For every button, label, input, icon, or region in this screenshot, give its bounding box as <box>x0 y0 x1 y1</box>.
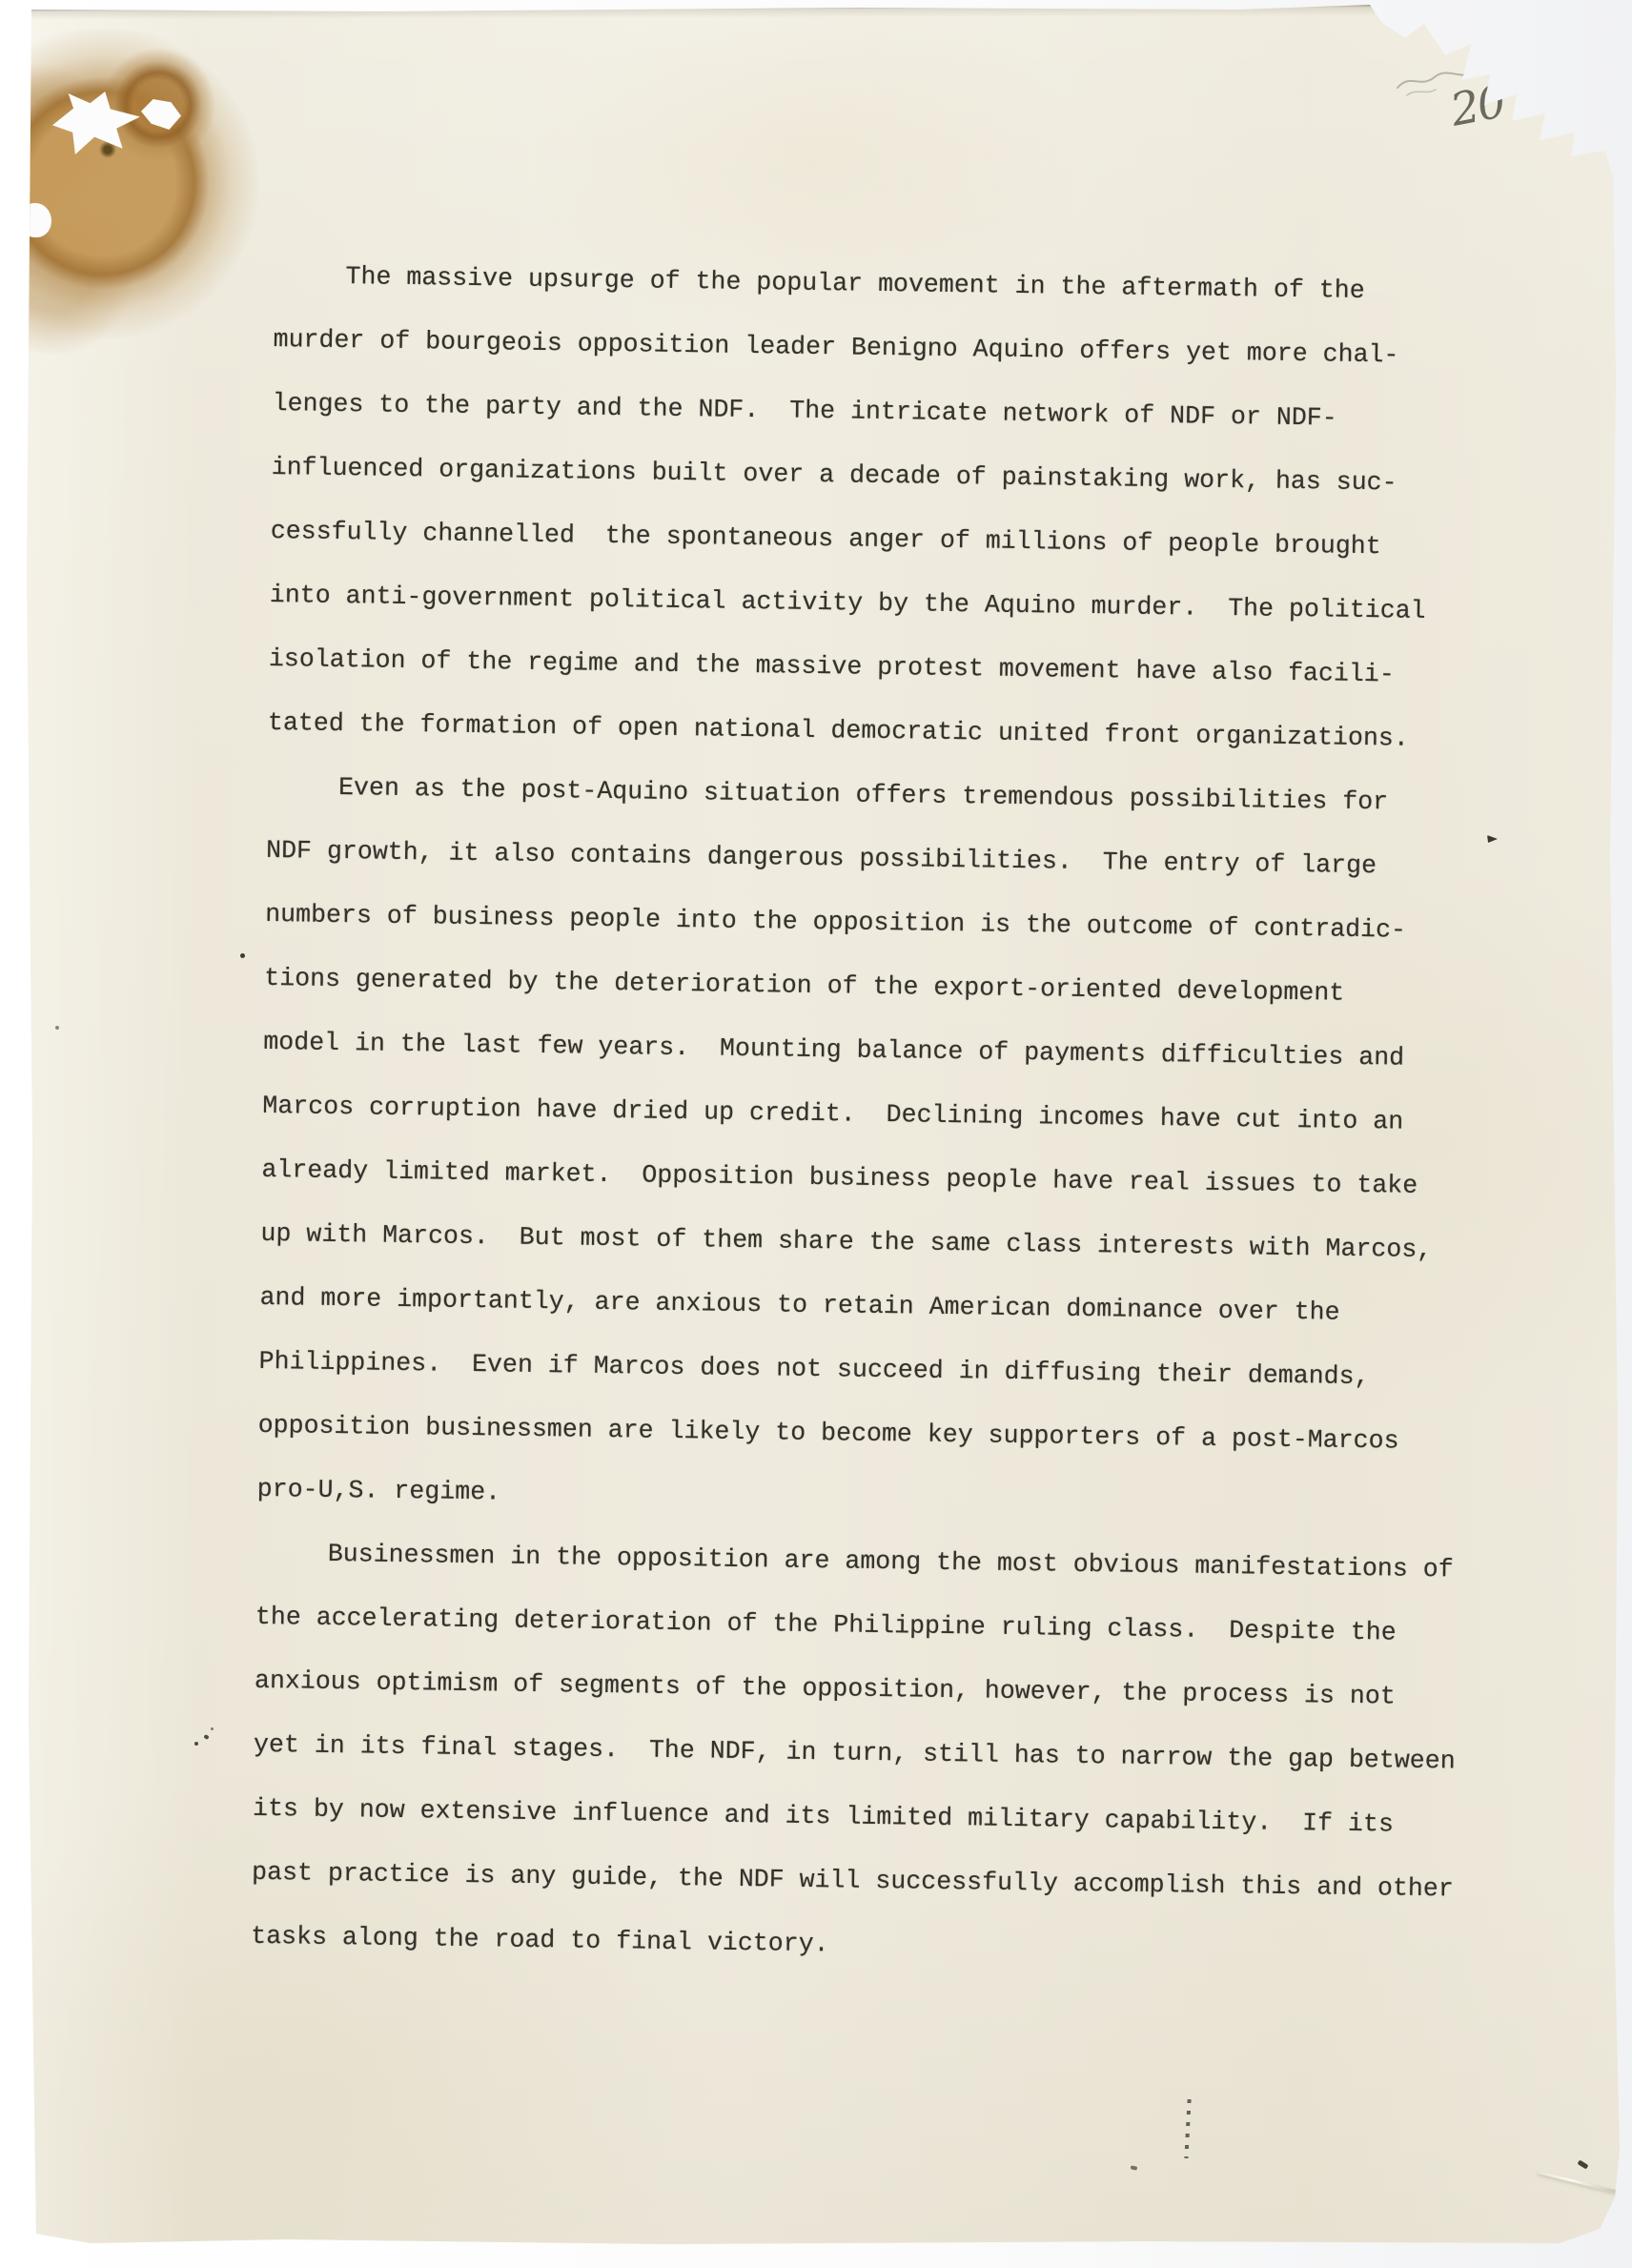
pen-margin-mark <box>193 1727 217 1748</box>
corner-crease <box>1538 2171 1623 2195</box>
ink-speck <box>240 953 245 958</box>
typed-paragraph: Even as the post-Aquino situation offers… <box>256 755 1535 1539</box>
typed-paragraph: The massive upsurge of the popular movem… <box>268 244 1542 773</box>
typed-paragraph: Businessmen in the opposition are among … <box>251 1522 1524 1987</box>
ink-speck <box>1578 2159 1589 2169</box>
dotted-ink-mark <box>1184 2099 1191 2158</box>
typed-text-block: The massive upsurge of the popular movem… <box>251 244 1542 1986</box>
pencil-scribble <box>1394 59 1499 99</box>
paper-top-edge-soft-shadow <box>29 7 1375 20</box>
torn-hole <box>21 203 51 237</box>
ink-speck <box>1131 2165 1138 2170</box>
scan-background: { "page": { "handwritten_page_number": "… <box>0 0 1632 2268</box>
document-page: 20 The massive upsurge of the popular mo… <box>0 0 1632 2268</box>
ink-speck <box>55 1026 59 1030</box>
